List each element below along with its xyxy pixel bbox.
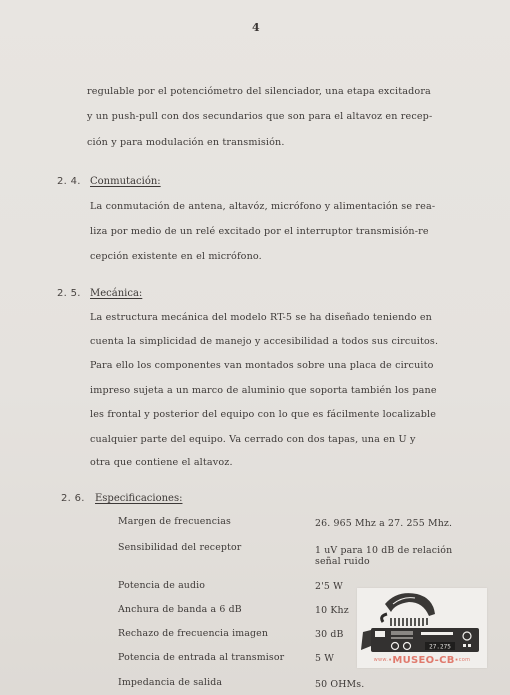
spec-value-continued: señal ruido <box>315 556 370 567</box>
mecanica-line-7: otra que contiene el altavoz. <box>90 457 233 468</box>
mecanica-line-3: Para ello los componentes van montados s… <box>90 360 434 371</box>
mecanica-line-2: cuenta la simplicidad de manejo y accesi… <box>90 336 438 347</box>
spec-value: 30 dB <box>315 629 344 640</box>
mecanica-line-1: La estructura mecánica del modelo RT-5 s… <box>90 312 432 323</box>
spec-value: 2'5 W <box>315 581 343 592</box>
spec-label: Anchura de banda a 6 dB <box>118 604 242 615</box>
conmutacion-line-2: liza por medio de un relé excitado por e… <box>90 226 429 237</box>
spec-value: 50 OHMs. <box>315 679 364 690</box>
section-title-mecanica: Mecánica: <box>90 288 142 299</box>
section-number-2-6: 2. 6. <box>61 493 85 504</box>
svg-text:27.275: 27.275 <box>429 644 451 651</box>
mecanica-line-5: les frontal y posterior del equipo con l… <box>90 409 436 420</box>
document-page: 4 regulable por el potenciómetro del sil… <box>0 0 510 695</box>
conmutacion-line-3: cepción existente en el micrófono. <box>90 251 262 262</box>
mecanica-line-4: impreso sujeta a un marco de aluminio qu… <box>90 385 437 396</box>
conmutacion-line-1: La conmutación de antena, altavóz, micró… <box>90 201 435 212</box>
spec-label: Impedancia de salida <box>118 677 222 688</box>
section-number-2-4: 2. 4. <box>57 176 81 187</box>
spec-label: Potencia de entrada al transmisor <box>118 652 284 663</box>
page-number: 4 <box>252 21 260 34</box>
spec-value: 5 W <box>315 653 334 664</box>
section-title-especificaciones: Especificaciones: <box>95 493 182 504</box>
spec-value: 26. 965 Mhz a 27. 255 Mhz. <box>315 518 452 529</box>
section-title-conmutacion: Conmutación: <box>90 176 161 187</box>
mecanica-line-6: cualquier parte del equipo. Va cerrado c… <box>90 434 416 445</box>
watermark-text: www.·MUSEO-CB·com <box>361 655 483 666</box>
museo-cb-watermark: 27.275 www.·MUSEO-CB·com <box>357 588 487 668</box>
spec-value: 10 Khz <box>315 605 349 616</box>
spec-label: Potencia de audio <box>118 580 205 591</box>
spec-value: 1 uV para 10 dB de relación <box>315 545 452 556</box>
spec-label: Sensibilidad del receptor <box>118 542 241 553</box>
intro-line-3: ción y para modulación en transmisión. <box>87 137 285 148</box>
section-number-2-5: 2. 5. <box>57 288 81 299</box>
spec-label: Margen de frecuencias <box>118 516 231 527</box>
intro-line-1: regulable por el potenciómetro del silen… <box>87 86 431 97</box>
spec-label: Rechazo de frecuencia imagen <box>118 628 268 639</box>
intro-line-2: y un push-pull con dos secundarios que s… <box>87 111 432 122</box>
cb-radio-illustration-icon: 27.275 <box>357 588 487 656</box>
